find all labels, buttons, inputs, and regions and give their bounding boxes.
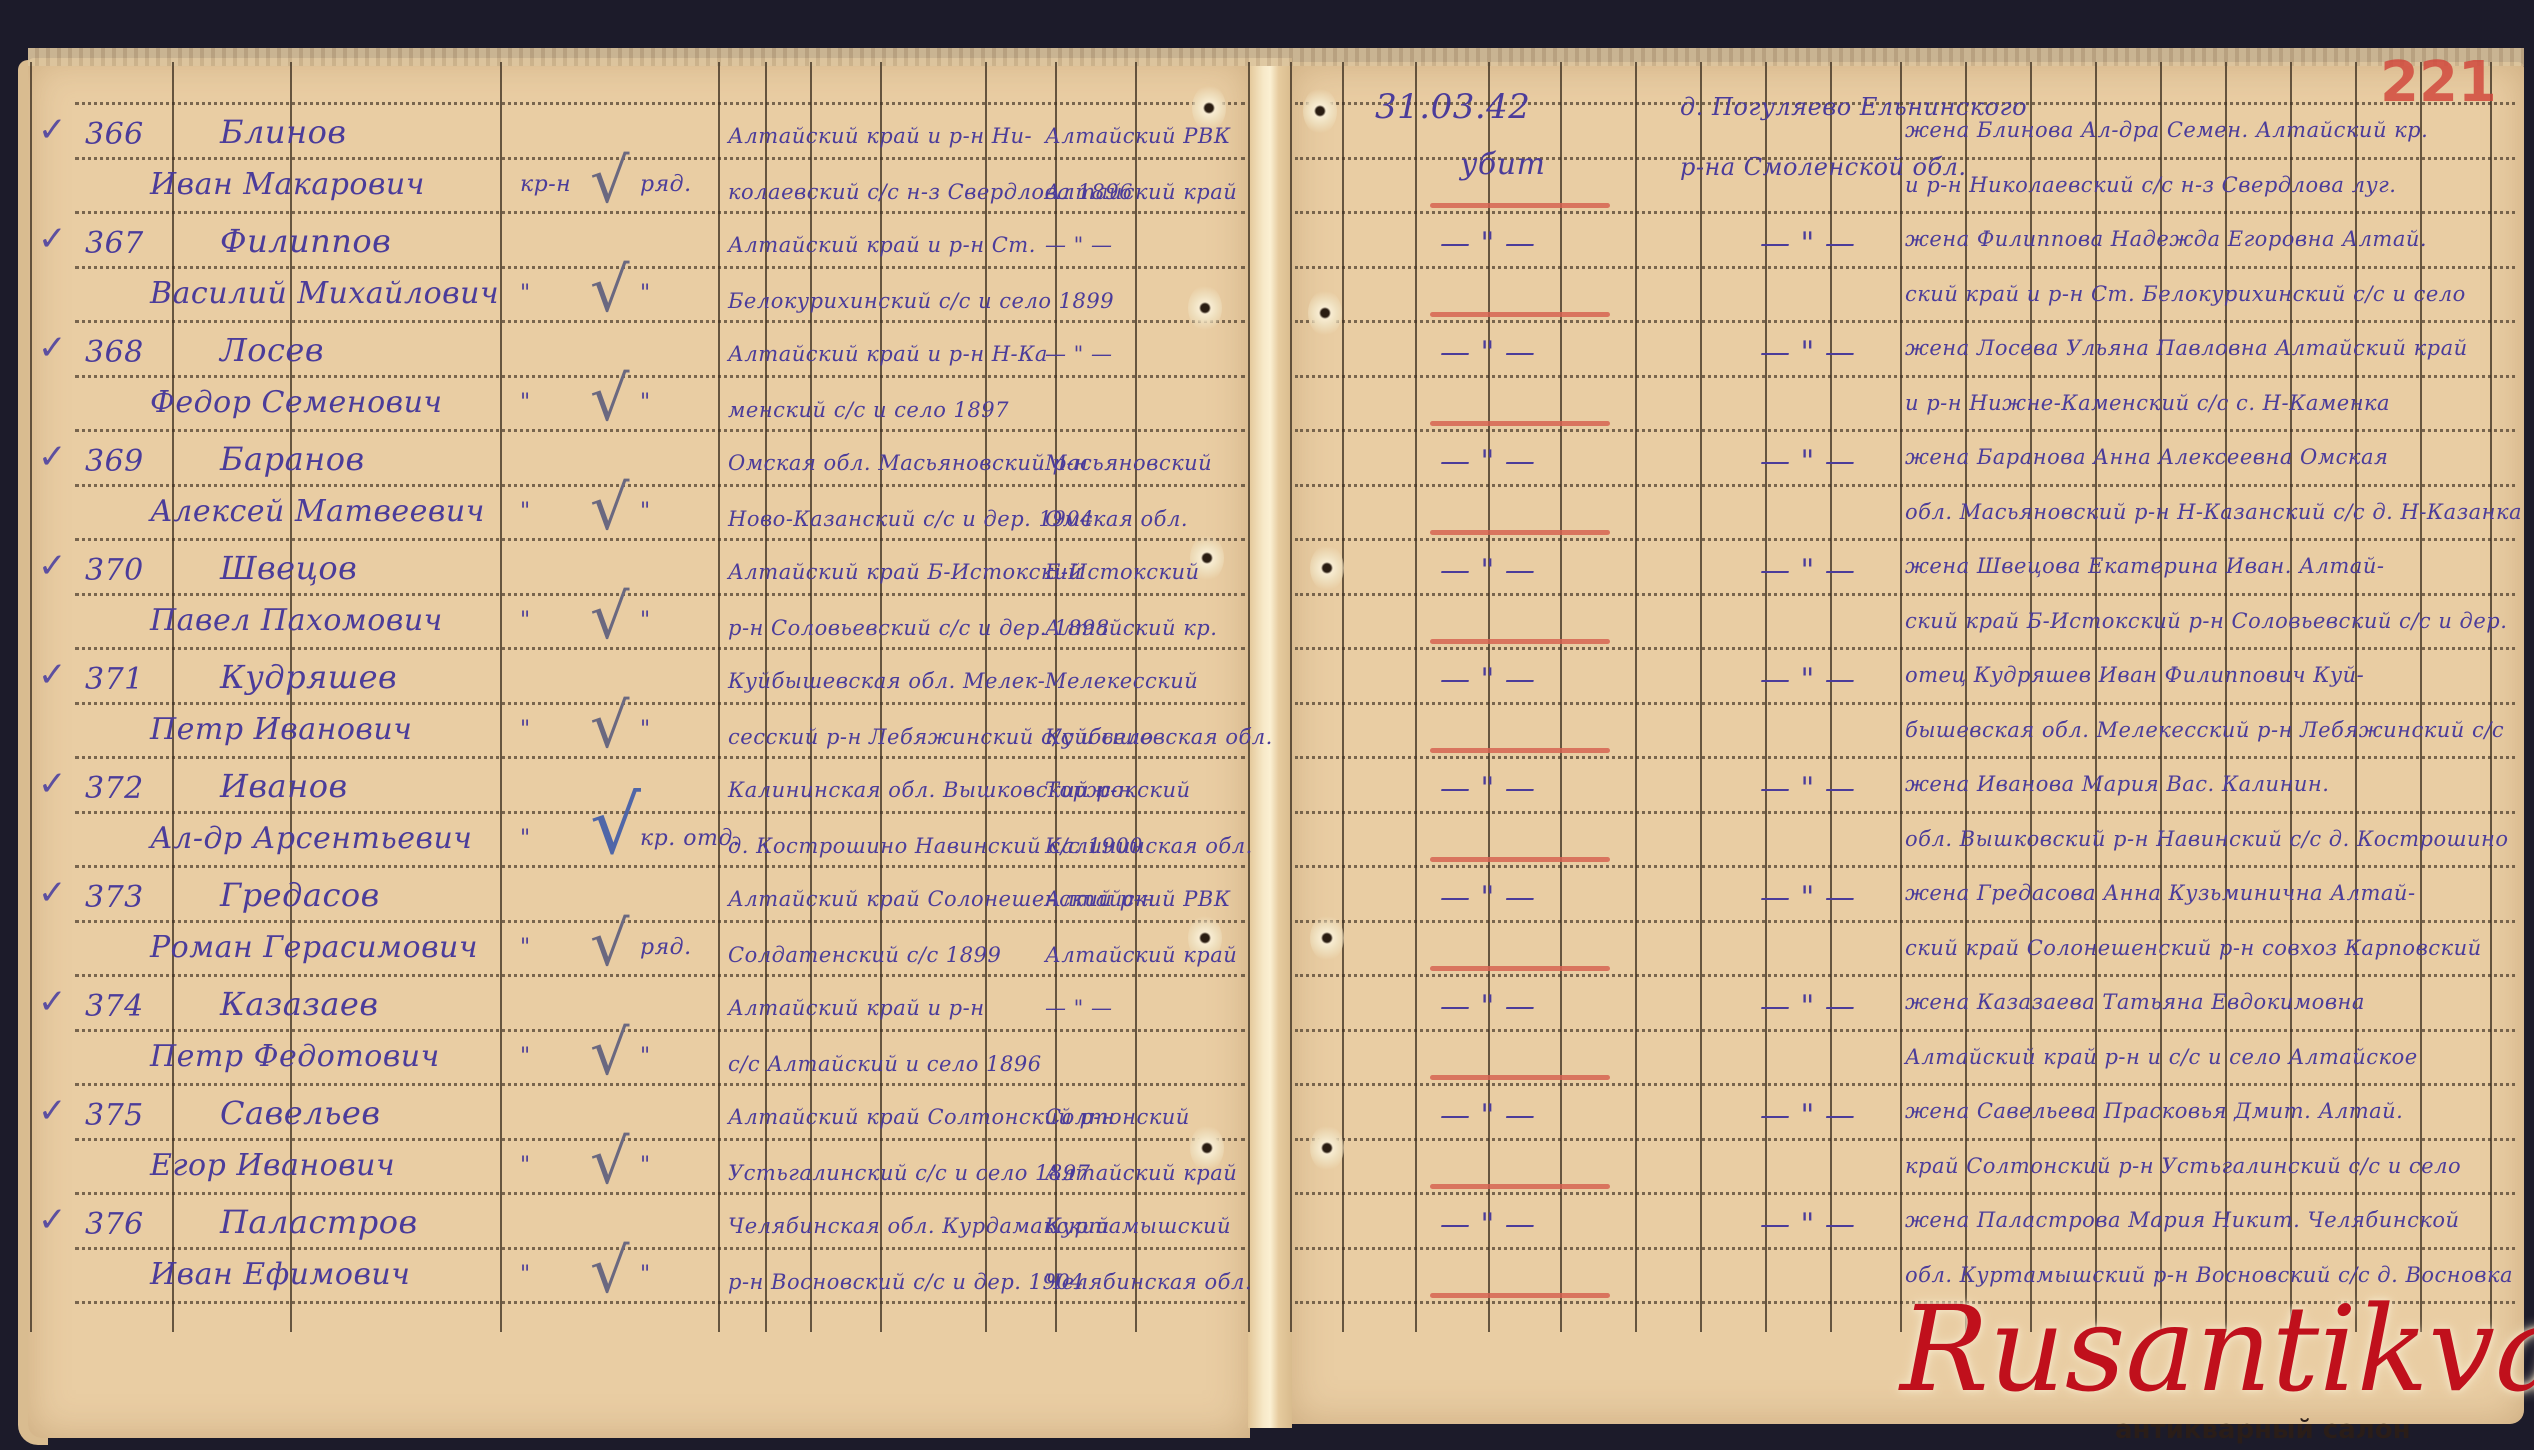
page-number-stamp: 221 xyxy=(2380,50,2497,115)
social-origin: " xyxy=(520,719,531,741)
verified-check-icon: √ xyxy=(590,150,630,212)
grid-vertical-line xyxy=(1135,62,1137,1332)
grid-dotted-line xyxy=(75,811,1245,814)
record-number: 371 xyxy=(85,665,144,695)
social-origin: " xyxy=(520,937,531,959)
ditto-mark-status: — " — xyxy=(1440,1210,1535,1240)
draft-office-line-1: — " — xyxy=(1045,998,1113,1019)
punch-hole xyxy=(1303,88,1337,134)
military-rank: ряд. xyxy=(640,174,692,196)
red-underline-mark xyxy=(1430,857,1610,862)
ditto-mark-burial: — " — xyxy=(1760,883,1855,913)
record-number: 375 xyxy=(85,1101,144,1131)
red-underline-mark xyxy=(1430,1184,1610,1189)
birthplace-line-1: Куйбышевская обл. Мелек- xyxy=(728,671,1045,692)
grid-dotted-line xyxy=(75,974,1245,977)
grid-dotted-line xyxy=(1295,538,2515,541)
given-name-patronymic: Василий Михайлович xyxy=(150,279,499,309)
grid-dotted-line xyxy=(1295,974,2515,977)
checkmark-icon: ✓ xyxy=(38,546,67,586)
grid-vertical-line xyxy=(1290,62,1292,1332)
surname: Блинов xyxy=(220,116,346,148)
grid-vertical-line xyxy=(172,62,174,1332)
given-name-patronymic: Петр Федотович xyxy=(150,1042,440,1072)
red-underline-mark xyxy=(1430,530,1610,535)
checkmark-icon: ✓ xyxy=(38,110,67,150)
relative-info-line: и р-н Николаевский с/с н-з Свердлова луг… xyxy=(1905,175,2396,196)
relative-info-line: жена Баранова Анна Алексеевна Омская xyxy=(1905,447,2388,468)
military-rank: " xyxy=(640,283,651,305)
verified-check-icon: √ xyxy=(590,586,630,648)
grid-dotted-line xyxy=(75,266,1245,269)
grid-dotted-line xyxy=(75,320,1245,323)
checkmark-icon: ✓ xyxy=(38,655,67,695)
ditto-mark-status: — " — xyxy=(1440,229,1535,259)
grid-vertical-line xyxy=(2160,62,2162,1332)
birthplace-line-1: Алтайский край Б-Истокский xyxy=(728,562,1082,583)
grid-dotted-line xyxy=(1295,1083,2515,1086)
verified-check-icon: √ xyxy=(590,1131,630,1193)
grid-dotted-line xyxy=(75,429,1245,432)
draft-office-line-2: Алтайский край xyxy=(1045,945,1237,966)
grid-vertical-line xyxy=(500,62,502,1332)
social-origin: " xyxy=(520,1264,531,1286)
ditto-mark-status: — " — xyxy=(1440,883,1535,913)
ditto-mark-status: — " — xyxy=(1440,665,1535,695)
grid-vertical-line xyxy=(2490,62,2492,1332)
ditto-mark-status: — " — xyxy=(1440,992,1535,1022)
birthplace-line-2: с/с Алтайский и село 1896 xyxy=(728,1054,1042,1075)
grid-dotted-line xyxy=(75,920,1245,923)
surname: Иванов xyxy=(220,770,348,802)
surname: Баранов xyxy=(220,443,365,475)
grid-dotted-line xyxy=(1295,593,2515,596)
record-number: 369 xyxy=(85,447,144,477)
red-underline-mark xyxy=(1430,966,1610,971)
grid-dotted-line xyxy=(1295,266,2515,269)
verified-check-icon: √ xyxy=(590,695,630,757)
surname: Кудряшев xyxy=(220,661,397,693)
given-name-patronymic: Федор Семенович xyxy=(150,388,443,418)
given-name-patronymic: Алексей Матвеевич xyxy=(150,497,485,527)
record-number: 368 xyxy=(85,338,144,368)
punch-hole xyxy=(1310,915,1344,961)
grid-dotted-line xyxy=(1295,756,2515,759)
grid-dotted-line xyxy=(1295,1029,2515,1032)
death-status: убит xyxy=(1460,150,1545,180)
relative-info-line: жена Лосева Ульяна Павловна Алтайский кр… xyxy=(1905,338,2468,359)
birthplace-line-1: Алтайский край и р-н Н-Ка xyxy=(728,344,1048,365)
grid-dotted-line xyxy=(75,1247,1245,1250)
grid-dotted-line xyxy=(75,756,1245,759)
checkmark-icon: ✓ xyxy=(38,764,67,804)
red-underline-mark xyxy=(1430,203,1610,208)
punch-hole xyxy=(1310,545,1344,591)
relative-info-line: жена Блинова Ал-дра Семен. Алтайский кр. xyxy=(1905,120,2428,141)
verified-check-icon: √ xyxy=(590,1240,630,1302)
burial-place-line-1: д. Погуляево Ельнинского xyxy=(1680,95,2027,119)
birthplace-line-2: Белокурихинский с/с и село 1899 xyxy=(728,291,1114,312)
social-origin: " xyxy=(520,392,531,414)
birthplace-line-1: Алтайский край и р-н Ст. xyxy=(728,235,1036,256)
military-rank: " xyxy=(640,392,651,414)
social-origin: кр-н xyxy=(520,174,571,196)
grid-vertical-line xyxy=(2030,62,2032,1332)
draft-office-line-2: Челябинская обл. xyxy=(1045,1272,1252,1293)
military-rank: " xyxy=(640,1046,651,1068)
death-date: 31.03.42 xyxy=(1375,90,1530,124)
grid-vertical-line xyxy=(1900,62,1902,1332)
red-underline-mark xyxy=(1430,1075,1610,1080)
draft-office-line-2: Алтайский край xyxy=(1045,182,1237,203)
grid-vertical-line xyxy=(718,62,720,1332)
birthplace-line-2: Устьгалинский с/с и село 1897 xyxy=(728,1163,1090,1184)
grid-dotted-line xyxy=(1295,211,2515,214)
social-origin: " xyxy=(520,1046,531,1068)
surname: Паластров xyxy=(220,1206,418,1238)
relative-info-line: бышевская обл. Мелекесский р-н Лебяжинск… xyxy=(1905,720,2504,741)
grid-dotted-line xyxy=(75,1301,1245,1304)
red-underline-mark xyxy=(1430,1293,1610,1298)
checkmark-icon: ✓ xyxy=(38,1091,67,1131)
grid-dotted-line xyxy=(75,647,1245,650)
draft-office-line-2: Куйбышевская обл. xyxy=(1045,727,1273,748)
relative-info-line: отец Кудряшев Иван Филиппович Куй- xyxy=(1905,665,2364,686)
relative-info-line: край Солтонский р-н Устьгалинский с/с и … xyxy=(1905,1156,2461,1177)
grid-vertical-line xyxy=(2095,62,2097,1332)
birthplace-line-1: Омская обл. Масьяновский р-н xyxy=(728,453,1088,474)
military-rank: " xyxy=(640,501,651,523)
checkmark-icon: ✓ xyxy=(38,219,67,259)
relative-info-line: жена Филиппова Надежда Егоровна Алтай. xyxy=(1905,229,2427,250)
birthplace-line-2: р-н Восновский с/с и дер. 1904 xyxy=(728,1272,1084,1293)
verified-check-icon: √ xyxy=(590,368,630,430)
grid-dotted-line xyxy=(75,865,1245,868)
relative-info-line: обл. Масьяновский р-н Н-Казанский с/с д.… xyxy=(1905,502,2522,523)
birthplace-line-1: Алтайский край и р-н Ни- xyxy=(728,126,1032,147)
ditto-mark-burial: — " — xyxy=(1760,1101,1855,1131)
grid-dotted-line xyxy=(1295,1192,2515,1195)
grid-dotted-line xyxy=(1295,320,2515,323)
grid-dotted-line xyxy=(75,702,1245,705)
surname: Лосев xyxy=(220,334,324,366)
grid-vertical-line xyxy=(1248,62,1250,1332)
grid-vertical-line xyxy=(2225,62,2227,1332)
surname: Казазаев xyxy=(220,988,378,1020)
grid-vertical-line xyxy=(2420,62,2422,1332)
grid-dotted-line xyxy=(1295,811,2515,814)
ditto-mark-burial: — " — xyxy=(1760,338,1855,368)
grid-dotted-line xyxy=(1295,865,2515,868)
given-name-patronymic: Иван Макарович xyxy=(150,170,425,200)
grid-dotted-line xyxy=(75,211,1245,214)
record-number: 374 xyxy=(85,992,144,1022)
grid-dotted-line xyxy=(75,1138,1245,1141)
red-underline-mark xyxy=(1430,421,1610,426)
given-name-patronymic: Петр Иванович xyxy=(150,715,412,745)
ditto-mark-burial: — " — xyxy=(1760,447,1855,477)
record-number: 367 xyxy=(85,229,144,259)
grid-dotted-line xyxy=(1295,484,2515,487)
record-number: 366 xyxy=(85,120,144,150)
verified-check-icon: √ xyxy=(590,477,630,539)
relative-info-line: и р-н Нижне-Каменский с/с с. Н-Каменка xyxy=(1905,393,2390,414)
surname: Савельев xyxy=(220,1097,380,1129)
punch-hole xyxy=(1308,290,1342,336)
grid-vertical-line xyxy=(1635,62,1637,1332)
military-rank: " xyxy=(640,1155,651,1177)
grid-dotted-line xyxy=(75,1083,1245,1086)
ditto-mark-burial: — " — xyxy=(1760,992,1855,1022)
relative-info-line: жена Казазаева Татьяна Евдокимовна xyxy=(1905,992,2365,1013)
ditto-mark-burial: — " — xyxy=(1760,556,1855,586)
birthplace-line-2: Ново-Казанский с/с и дер. 1904 xyxy=(728,509,1094,530)
draft-office-line-1: Масьяновский xyxy=(1045,453,1212,474)
grid-vertical-line xyxy=(2355,62,2357,1332)
given-name-patronymic: Павел Пахомович xyxy=(150,606,443,636)
relative-info-line: Алтайский край р-н и с/с и село Алтайско… xyxy=(1905,1047,2418,1068)
grid-dotted-line xyxy=(75,102,1245,105)
draft-office-line-2: Калининская обл. xyxy=(1045,836,1253,857)
relative-info-line: ский край Б-Истокский р-н Соловьевский с… xyxy=(1905,611,2507,632)
grid-vertical-line xyxy=(1700,62,1702,1332)
military-rank: " xyxy=(640,719,651,741)
punch-hole xyxy=(1310,1125,1344,1171)
ditto-mark-status: — " — xyxy=(1440,556,1535,586)
red-underline-mark xyxy=(1430,748,1610,753)
birthplace-line-2: Солдатенский с/с 1899 xyxy=(728,945,1001,966)
military-rank: " xyxy=(640,1264,651,1286)
grid-dotted-line xyxy=(75,157,1245,160)
relative-info-line: жена Савельева Прасковья Дмит. Алтай. xyxy=(1905,1101,2403,1122)
grid-dotted-line xyxy=(1295,429,2515,432)
torn-top-edge xyxy=(28,48,2524,66)
grid-dotted-line xyxy=(75,538,1245,541)
draft-office-line-1: Алтайский РВК xyxy=(1045,889,1231,910)
record-number: 370 xyxy=(85,556,144,586)
social-origin: " xyxy=(520,501,531,523)
watermark-brand: Rusantikvar xyxy=(1900,1290,2534,1408)
record-number: 373 xyxy=(85,883,144,913)
grid-dotted-line xyxy=(1295,1247,2515,1250)
grid-vertical-line xyxy=(2290,62,2292,1332)
record-number: 376 xyxy=(85,1210,144,1240)
verified-check-icon: √ xyxy=(590,913,630,975)
ditto-mark-burial: — " — xyxy=(1760,1210,1855,1240)
draft-office-line-2: Алтайский край xyxy=(1045,1163,1237,1184)
checkmark-icon: ✓ xyxy=(38,1200,67,1240)
checkmark-icon: ✓ xyxy=(38,982,67,1022)
ditto-mark-burial: — " — xyxy=(1760,665,1855,695)
grid-dotted-line xyxy=(75,1029,1245,1032)
draft-office-line-1: Солтонский xyxy=(1045,1107,1190,1128)
social-origin: " xyxy=(520,283,531,305)
military-rank: кр. отд. xyxy=(640,828,740,850)
verified-check-icon: √ xyxy=(590,1022,630,1084)
grid-dotted-line xyxy=(75,375,1245,378)
given-name-patronymic: Роман Герасимович xyxy=(150,933,478,963)
military-rank: " xyxy=(640,610,651,632)
surname: Швецов xyxy=(220,552,357,584)
red-underline-mark xyxy=(1430,639,1610,644)
relative-info-line: ский край и р-н Ст. Белокурихинский с/с … xyxy=(1905,284,2466,305)
surname: Гредасов xyxy=(220,879,380,911)
given-name-patronymic: Ал-др Арсентьевич xyxy=(150,824,472,854)
grid-dotted-line xyxy=(1295,702,2515,705)
verified-check-icon: √ xyxy=(590,259,630,321)
checkmark-icon: ✓ xyxy=(38,437,67,477)
watermark-tagline: антикварный салон xyxy=(2115,1415,2411,1445)
draft-office-line-1: Куртамышский xyxy=(1045,1216,1231,1237)
relative-info-line: жена Гредасова Анна Кузьминична Алтай- xyxy=(1905,883,2416,904)
ditto-mark-status: — " — xyxy=(1440,1101,1535,1131)
relative-info-line: жена Иванова Мария Вас. Калинин. xyxy=(1905,774,2329,795)
draft-office-line-1: Мелекесский xyxy=(1045,671,1198,692)
ditto-mark-burial: — " — xyxy=(1760,774,1855,804)
grid-vertical-line xyxy=(30,62,32,1332)
verified-check-icon: √ xyxy=(590,786,641,866)
military-rank: ряд. xyxy=(640,937,692,959)
checkmark-icon: ✓ xyxy=(38,873,67,913)
given-name-patronymic: Иван Ефимович xyxy=(150,1260,410,1290)
relative-info-line: ский край Солонешенский р-н совхоз Карпо… xyxy=(1905,938,2482,959)
draft-office-line-1: Алтайский РВК xyxy=(1045,126,1231,147)
relative-info-line: жена Швецова Екатерина Иван. Алтай- xyxy=(1905,556,2384,577)
draft-office-line-1: Б-Истокский xyxy=(1045,562,1200,583)
draft-office-line-1: Торжокский xyxy=(1045,780,1191,801)
draft-office-line-2: Омская обл. xyxy=(1045,509,1188,530)
draft-office-line-1: — " — xyxy=(1045,235,1113,256)
draft-office-line-1: — " — xyxy=(1045,344,1113,365)
ditto-mark-burial: — " — xyxy=(1760,229,1855,259)
punch-hole xyxy=(1188,285,1222,331)
checkmark-icon: ✓ xyxy=(38,328,67,368)
social-origin: " xyxy=(520,1155,531,1177)
record-number: 372 xyxy=(85,774,144,804)
draft-office-line-2: Алтайский кр. xyxy=(1045,618,1217,639)
ditto-mark-status: — " — xyxy=(1440,447,1535,477)
birthplace-line-2: менский с/с и село 1897 xyxy=(728,400,1009,421)
surname: Филиппов xyxy=(220,225,391,257)
grid-dotted-line xyxy=(1295,375,2515,378)
social-origin: " xyxy=(520,610,531,632)
given-name-patronymic: Егор Иванович xyxy=(150,1151,395,1181)
grid-vertical-line xyxy=(1965,62,1967,1332)
birthplace-line-1: Алтайский край и р-н xyxy=(728,998,985,1019)
grid-vertical-line xyxy=(1560,62,1562,1332)
grid-vertical-line xyxy=(1415,62,1417,1332)
grid-dotted-line xyxy=(75,593,1245,596)
ditto-mark-status: — " — xyxy=(1440,774,1535,804)
grid-dotted-line xyxy=(1295,1138,2515,1141)
social-origin: " xyxy=(520,828,531,850)
relative-info-line: обл. Вышковский р-н Навинский с/с д. Кос… xyxy=(1905,829,2509,850)
red-underline-mark xyxy=(1430,312,1610,317)
grid-dotted-line xyxy=(75,1192,1245,1195)
grid-dotted-line xyxy=(1295,920,2515,923)
ditto-mark-status: — " — xyxy=(1440,338,1535,368)
grid-dotted-line xyxy=(75,484,1245,487)
grid-dotted-line xyxy=(1295,647,2515,650)
relative-info-line: жена Паластрова Мария Никит. Челябинской xyxy=(1905,1210,2460,1231)
